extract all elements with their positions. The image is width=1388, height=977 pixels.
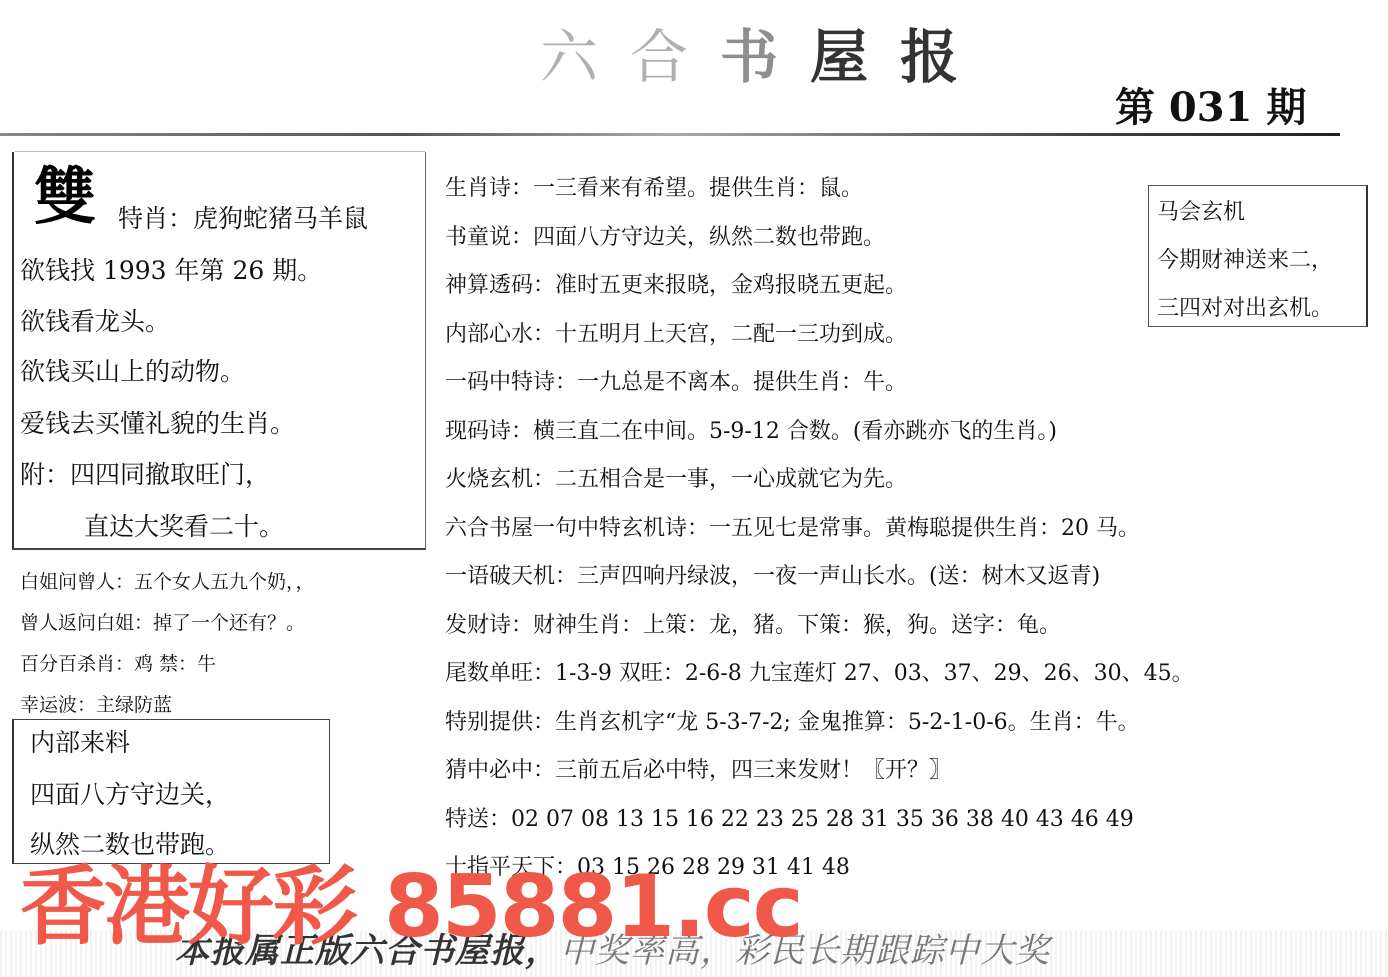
tip-line: 内部心水：十五明月上天宫，二配一三功到成。	[445, 311, 1194, 360]
riddle-line: 欲钱看龙头。	[20, 305, 170, 339]
tips-column: 生肖诗：一三看来有希望。提供生肖：鼠。 书童说：四面八方守边关，纵然二数也带跑。…	[445, 165, 1194, 893]
insider-line: 四面八方守边关，	[30, 778, 230, 812]
tip-line: 尾数单旺：1-3-9 双旺：2-6-8 九宝莲灯 27、03、37、29、26、…	[445, 650, 1194, 699]
tip-line: 特别提供：生肖玄机字“龙 5-3-7-2; 金鬼推算：5-2-1-0-6。生肖：…	[445, 699, 1194, 748]
riddle-line: 直达大奖看二十。	[84, 510, 284, 544]
special-zodiac-line: 特肖：虎狗蛇猪马羊鼠	[118, 202, 368, 236]
site-watermark: 香港好彩 85881.cc	[20, 852, 802, 962]
tip-line: 火烧玄机：二五相合是一事，一心成就它为先。	[445, 456, 1194, 505]
tip-line: 发财诗：财神生肖：上策：龙，猪。下策：猴，狗。送字：龟。	[445, 602, 1194, 651]
title-char: 合	[630, 23, 720, 91]
header-divider	[0, 133, 1340, 136]
tip-line: 神算透码：准时五更来报晓，金鸡报晓五更起。	[445, 262, 1194, 311]
title-char: 书	[720, 23, 810, 91]
tip-line: 现码诗：横三直二在中间。5-9-12 合数。(看亦跳亦飞的生肖。)	[445, 408, 1194, 457]
note-line: 曾人返问白姐：掉了一个还有？。	[20, 603, 315, 644]
tip-line: 生肖诗：一三看来有希望。提供生肖：鼠。	[445, 165, 1194, 214]
riddle-line: 欲钱找 1993 年第 26 期。	[20, 254, 322, 288]
special-numbers-line: 特送：02 07 08 13 15 16 22 23 25 28 31 35 3…	[445, 796, 1194, 845]
tip-line: 六合书屋一句中特玄机诗：一五见七是常事。黄梅聪提供生肖：20 马。	[445, 505, 1194, 554]
riddle-line: 欲钱买山上的动物。	[20, 355, 245, 389]
riddle-line: 爱钱去买懂礼貌的生肖。	[20, 407, 295, 441]
big-character: 雙	[34, 162, 96, 232]
horse-club-title: 马会玄机	[1157, 198, 1245, 228]
tip-line: 一语破天机：三声四响丹绿波，一夜一声山长水。(送：树木又返青)	[445, 553, 1194, 602]
horse-club-line: 三四对对出玄机。	[1157, 294, 1333, 324]
title-char: 屋	[810, 23, 900, 91]
insider-box-title: 内部来料	[30, 726, 130, 760]
note-line: 白姐问曾人：五个女人五九个奶，，	[20, 562, 315, 603]
note-line: 百分百杀肖：鸡 禁：牛	[20, 644, 315, 685]
issue-number: 第 031 期	[1115, 80, 1306, 136]
horse-club-line: 今期财神送来二，	[1157, 246, 1333, 276]
tip-line: 一码中特诗：一九总是不离本。提供生肖：牛。	[445, 359, 1194, 408]
riddle-line: 附：四四同撤取旺门，	[20, 458, 270, 492]
insider-box: 内部来料 四面八方守边关， 纵然二数也带跑。	[12, 719, 330, 864]
title-char: 六	[540, 23, 630, 91]
notes-list: 白姐问曾人：五个女人五九个奶，， 曾人返问白姐：掉了一个还有？。 百分百杀肖：鸡…	[20, 562, 315, 726]
horse-club-box: 马会玄机 今期财神送来二， 三四对对出玄机。	[1148, 185, 1368, 327]
newspaper-title: 六合书屋报	[540, 22, 990, 92]
title-char: 报	[900, 23, 990, 91]
tip-line: 书童说：四面八方守边关，纵然二数也带跑。	[445, 214, 1194, 263]
tip-line: 猜中必中：三前五后必中特，四三来发财！〖开？〗	[445, 747, 1194, 796]
